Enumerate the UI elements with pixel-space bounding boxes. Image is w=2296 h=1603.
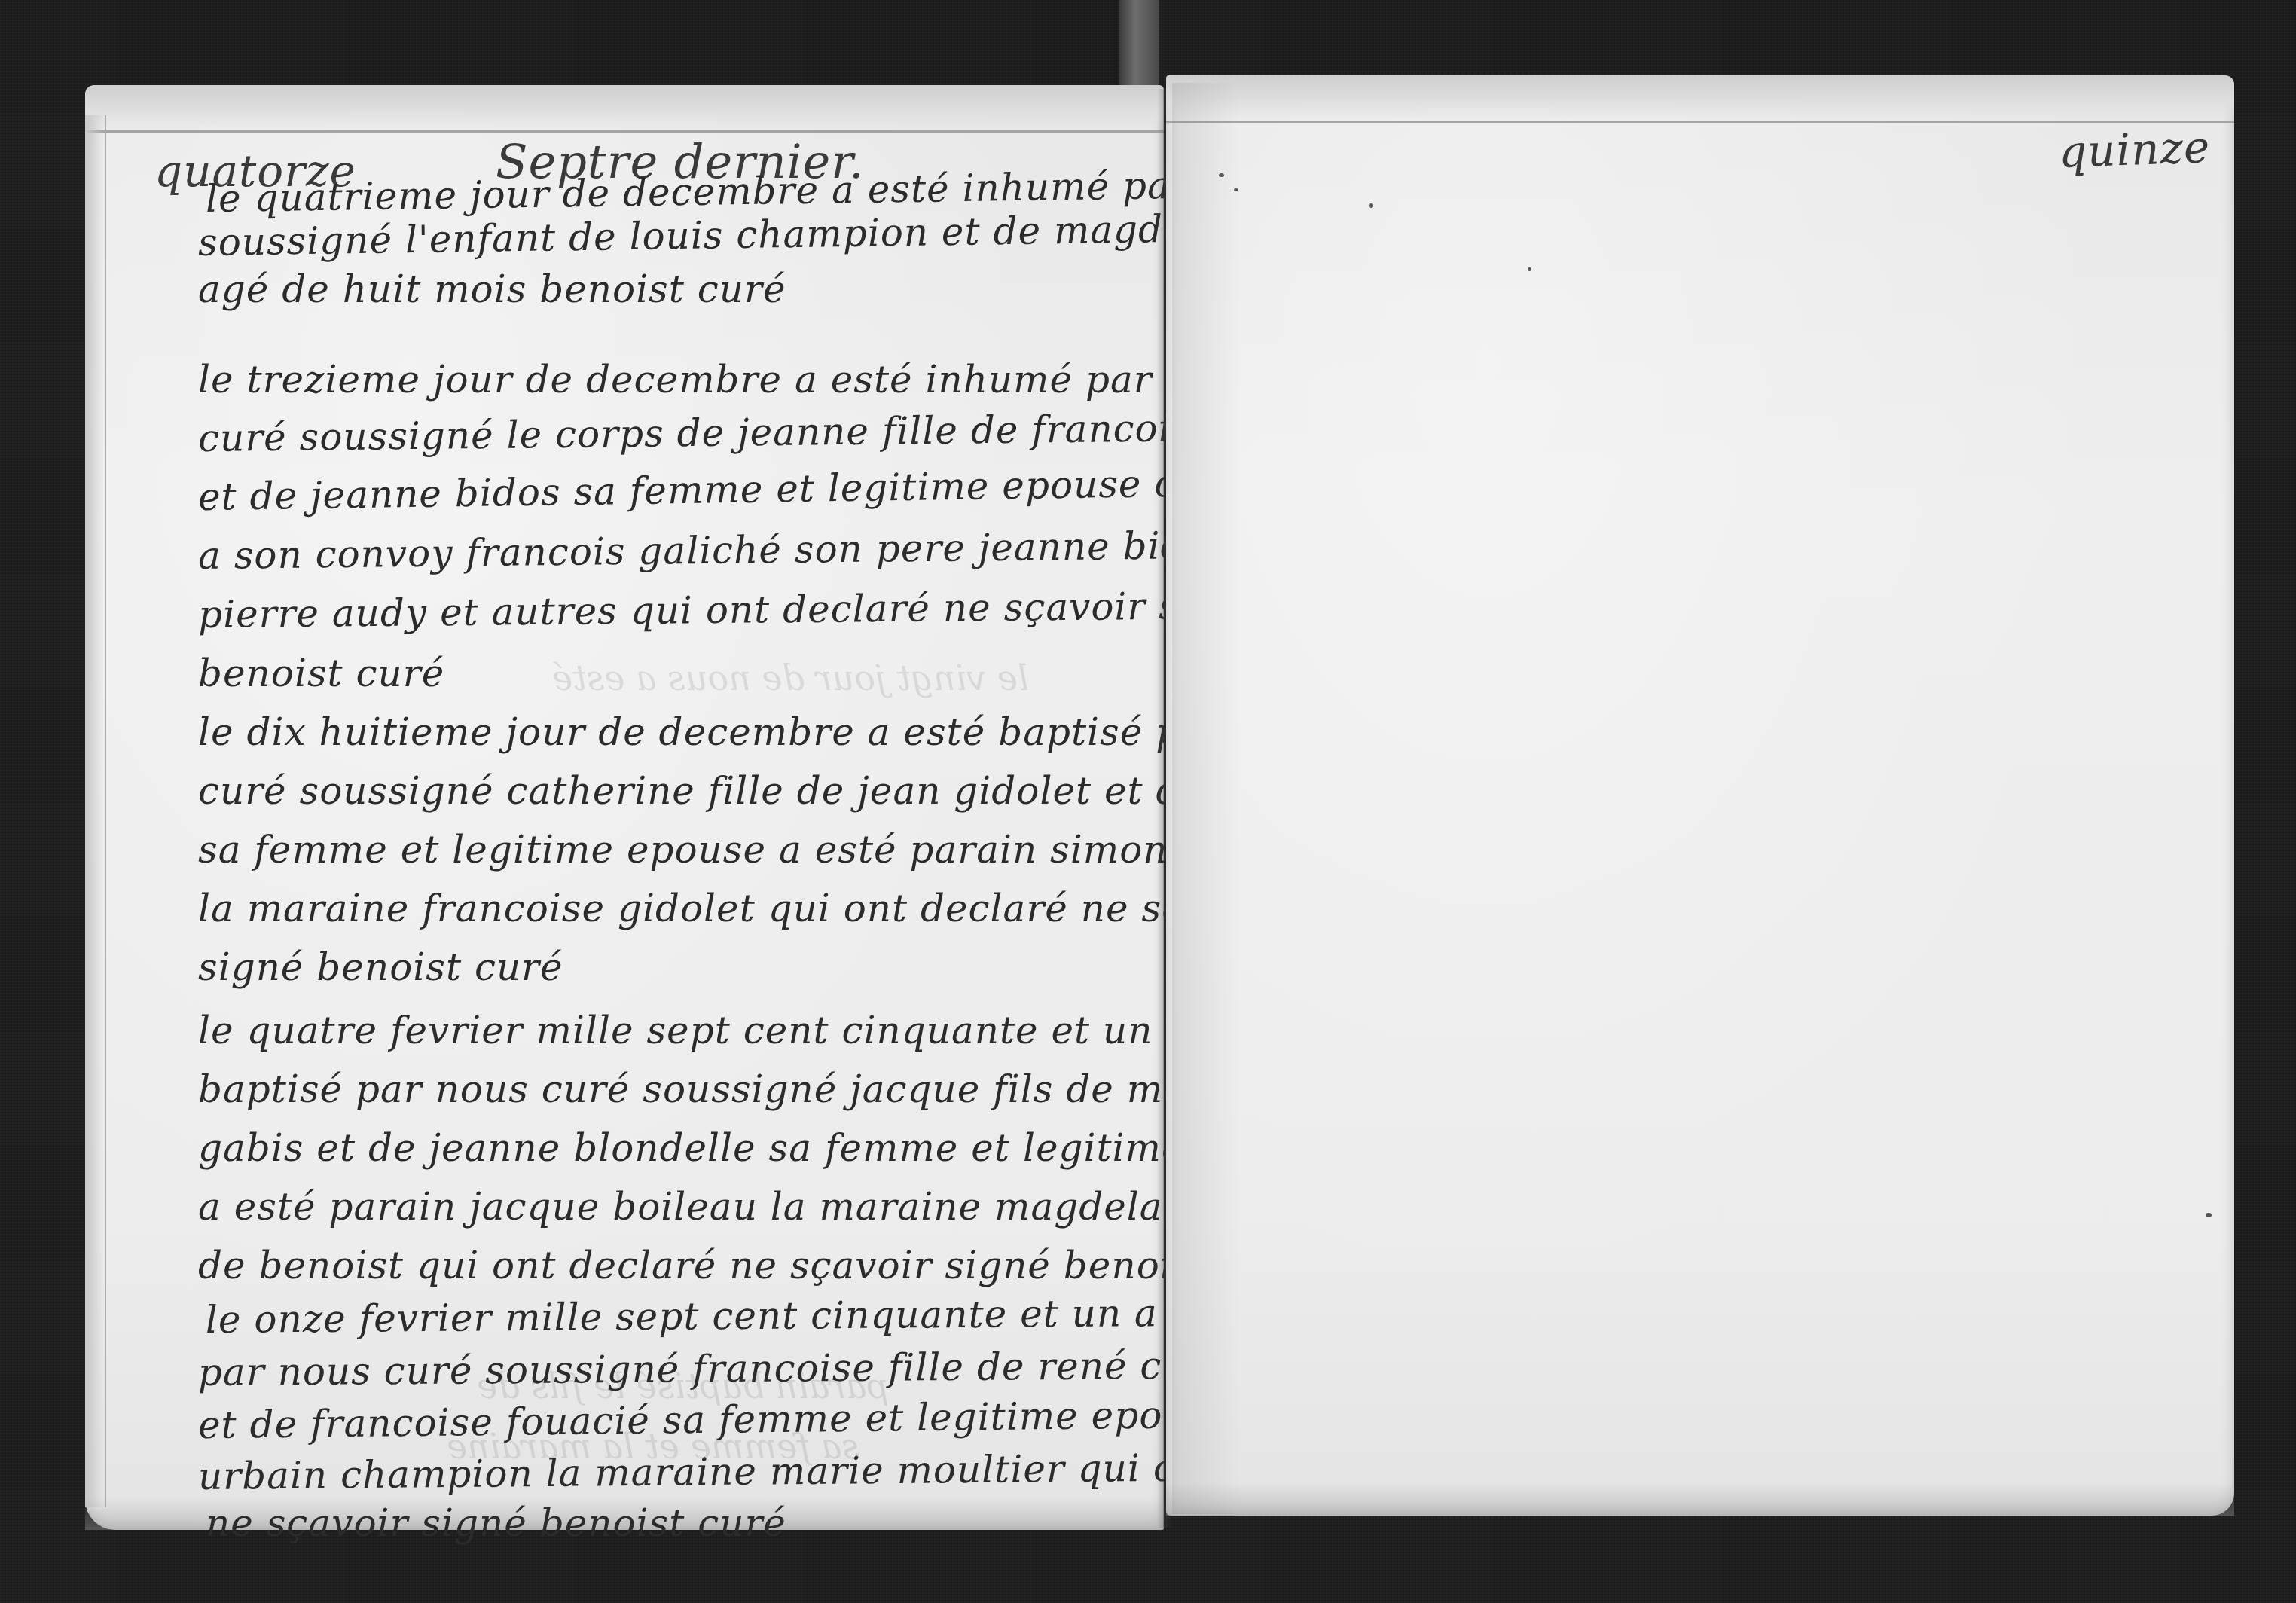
curate-signature: signé benoist curé	[198, 945, 563, 989]
page-top-edge	[1166, 75, 2234, 123]
page-left-edge	[85, 115, 106, 1507]
paper-speck	[1369, 203, 1373, 208]
entry-line: baptisé par nous curé soussigné jacque f…	[198, 1067, 1309, 1111]
left-page: le vingt jour de nous a esté parain bapt…	[85, 85, 1164, 1530]
right-page: quinze	[1166, 75, 2234, 1516]
entry-line: pierre audy et autres qui ont declaré ne…	[198, 584, 1265, 637]
entry-line: agé de huit mois benoist curé	[198, 267, 786, 311]
entry-line: ne sçavoir signé benoist curé	[206, 1501, 786, 1545]
page-number: quinze	[2058, 121, 2212, 178]
entry-line: le quatre fevrier mille sept cent cinqua…	[198, 1009, 1284, 1052]
page-top-edge	[85, 85, 1164, 133]
paper-speck	[2206, 1213, 2212, 1217]
binding-spine	[1119, 0, 1159, 98]
fold-shadow	[1172, 83, 1240, 1514]
curate-signature: benoist curé	[198, 652, 444, 695]
entry-line: la maraine francoise gidolet qui ont dec…	[198, 887, 1284, 930]
entry-line: le trezieme jour de decembre a esté inhu…	[198, 358, 1259, 402]
page-bottom-edge	[1166, 1482, 2234, 1516]
entry-line: a esté parain jacque boileau la maraine …	[198, 1185, 1223, 1229]
paper-speck	[1528, 267, 1531, 271]
entry-line: de benoist qui ont declaré ne sçavoir si…	[198, 1244, 1310, 1287]
bleed-through-text: le vingt jour de nous a esté	[552, 658, 1029, 698]
